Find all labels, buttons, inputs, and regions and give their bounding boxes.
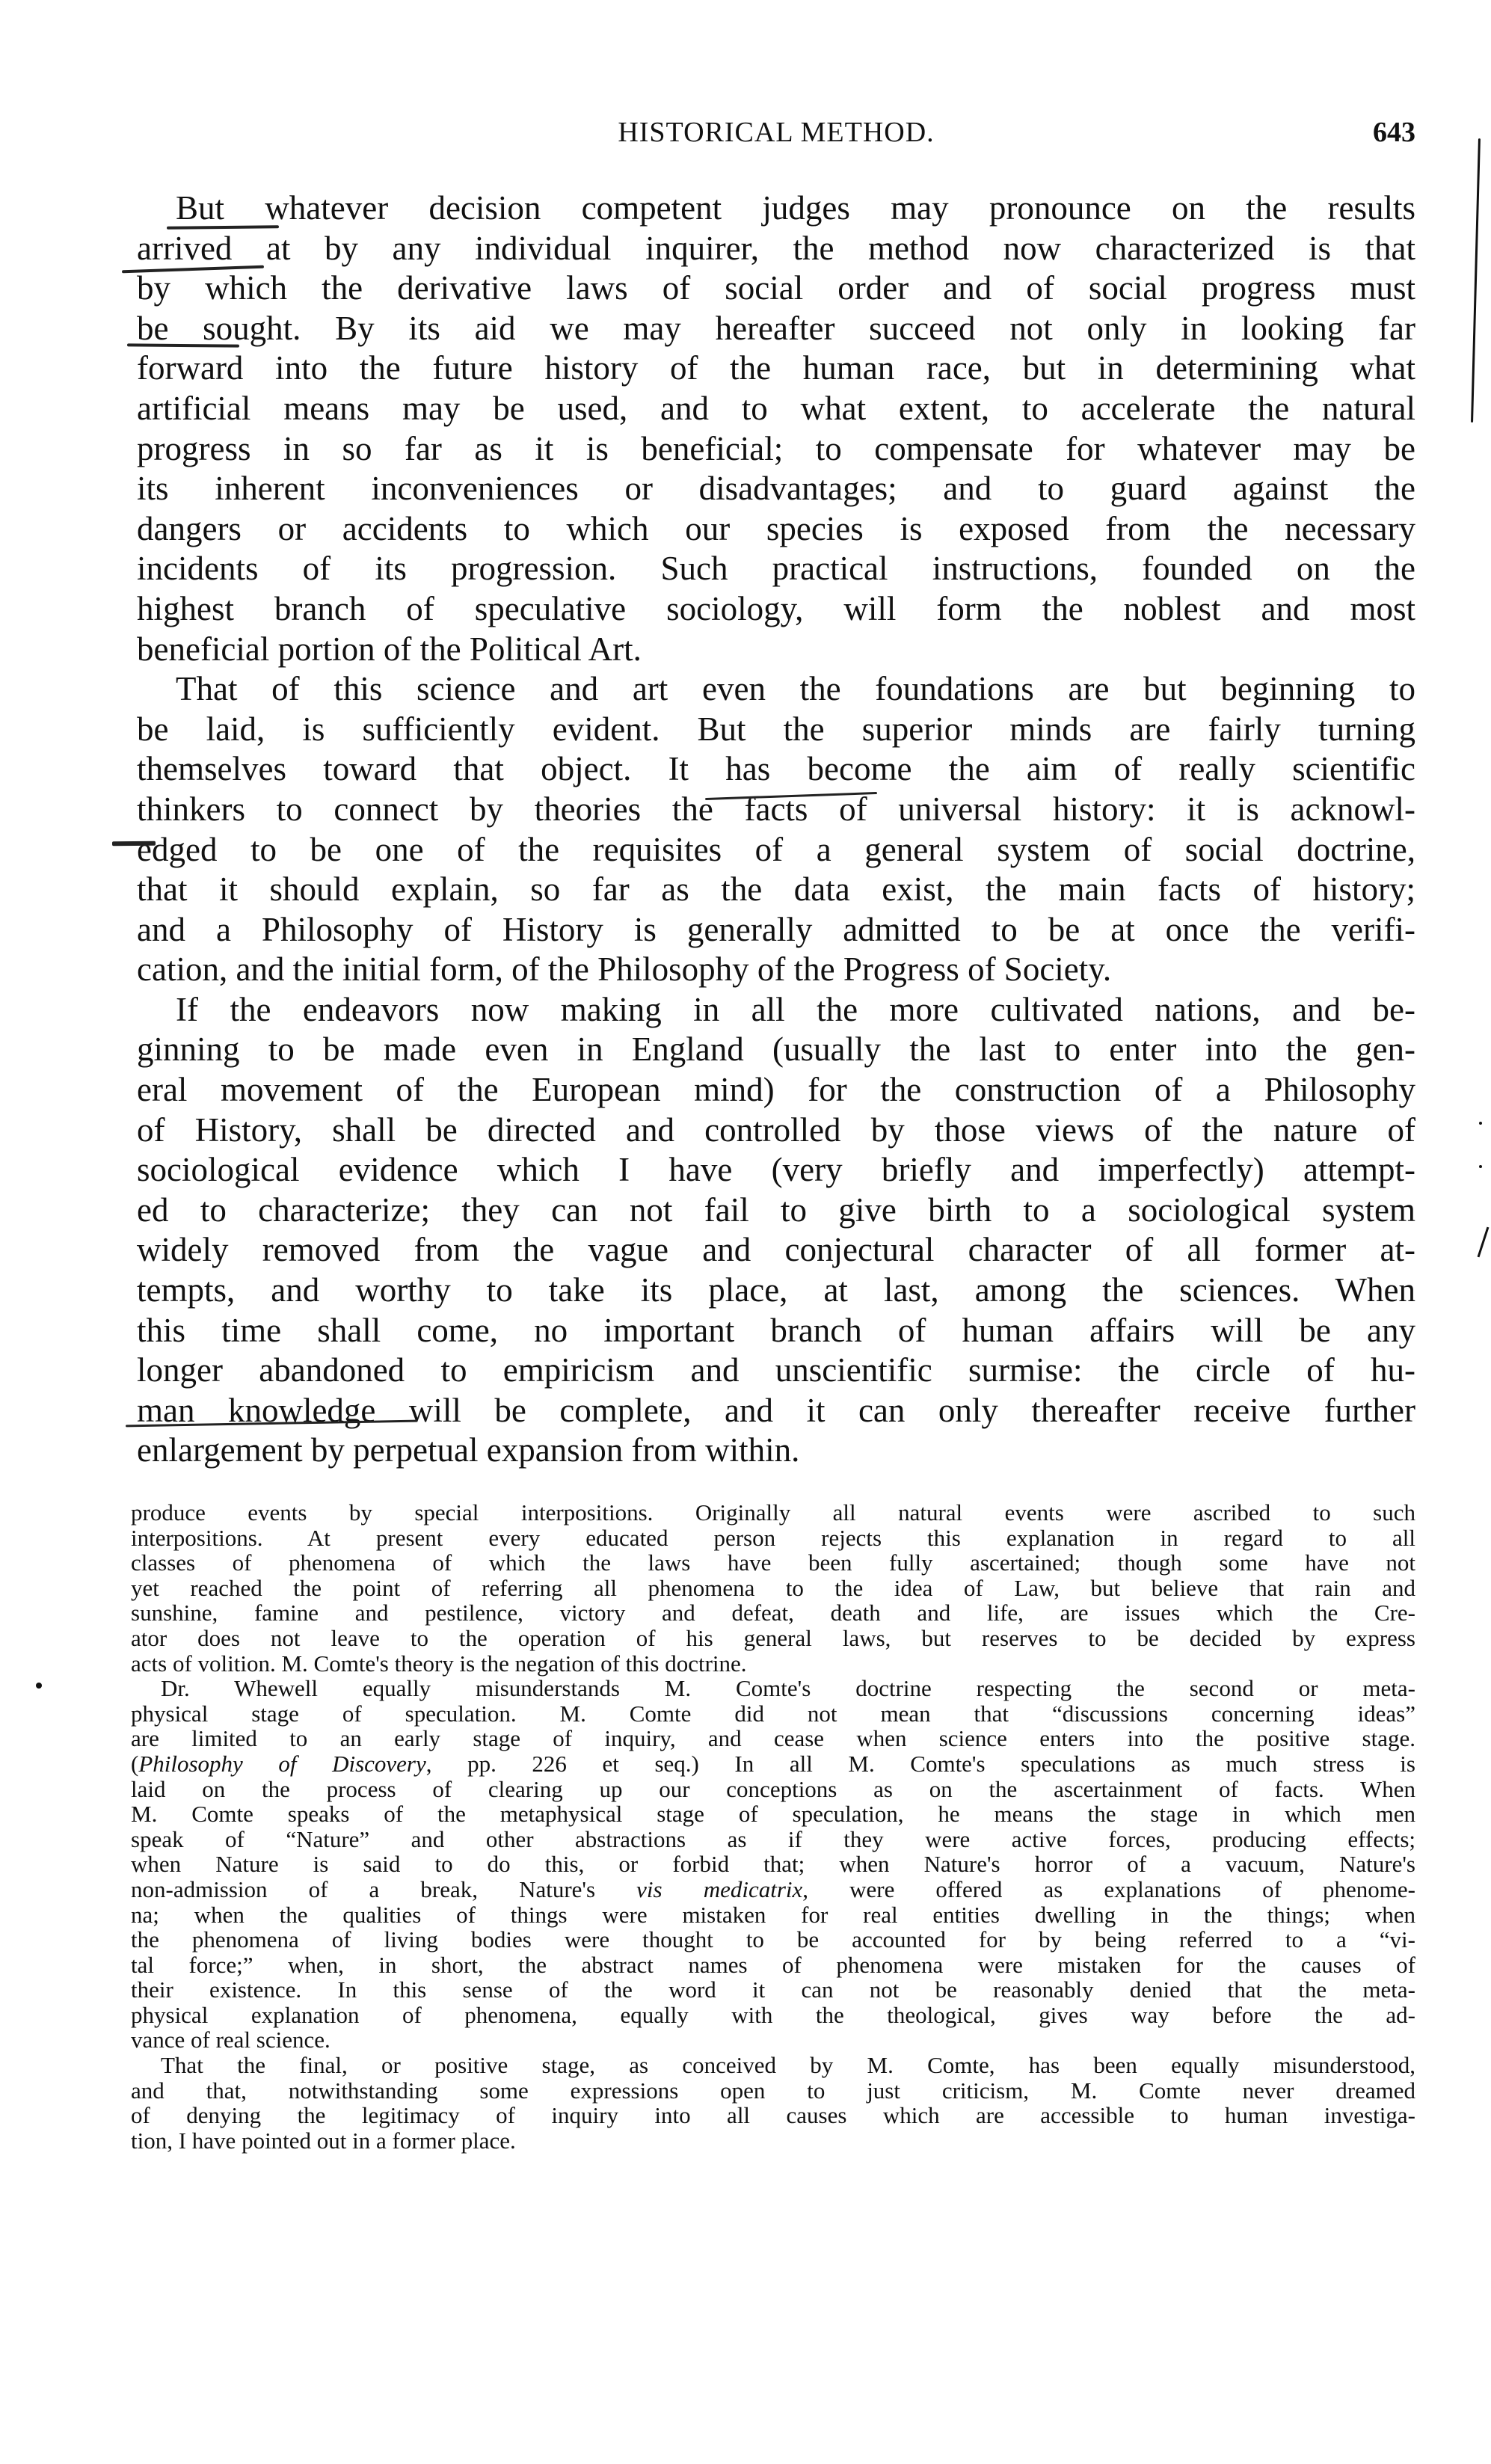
footnote-line: That the final, or positive stage, as co…	[131, 2053, 1415, 2078]
footnote-line: Dr. Whewell equally misunderstands M. Co…	[131, 1676, 1415, 1701]
footnote-line: physical stage of speculation. M. Comte …	[131, 1701, 1415, 1727]
margin-dot	[1479, 1165, 1482, 1168]
footnote-line: are limited to an early stage of inquiry…	[131, 1726, 1415, 1751]
body-line: beneficial portion of the Political Art.	[137, 630, 1415, 670]
body-line: incidents of its progression. Such pract…	[137, 549, 1415, 589]
footnote-line: acts of volition. M. Comte's theory is t…	[131, 1651, 1415, 1677]
main-text: But whatever decision competent judges m…	[137, 188, 1415, 1471]
footnote-line: M. Comte speaks of the metaphysical stag…	[131, 1801, 1415, 1827]
margin-bracket-line	[1471, 138, 1481, 423]
footnote-line: sunshine, famine and pestilence, victory…	[131, 1600, 1415, 1626]
footnote-line: tion, I have pointed out in a former pla…	[131, 2128, 1415, 2154]
body-line: be laid, is sufficiently evident. But th…	[137, 710, 1415, 750]
body-line: dangers or accidents to which our specie…	[137, 509, 1415, 550]
body-line: artificial means may be used, and to wha…	[137, 389, 1415, 429]
footnote-line: of denying the legitimacy of inquiry int…	[131, 2103, 1415, 2128]
body-line: longer abandoned to empiricism and unsci…	[137, 1351, 1415, 1391]
body-line: That of this science and art even the fo…	[137, 669, 1415, 710]
footnote-text: produce events by special interpositions…	[131, 1500, 1415, 2153]
body-line: sociological evidence which I have (very…	[137, 1150, 1415, 1190]
footnote-line: the phenomena of living bodies were thou…	[131, 1927, 1415, 1953]
margin-slash-mark	[1478, 1227, 1490, 1258]
page-number: 643	[1373, 116, 1415, 149]
body-line: arrived at by any individual inquirer, t…	[137, 229, 1415, 269]
footnote-line: tal force;” when, in short, the abstract…	[131, 1953, 1415, 1978]
body-line: this time shall come, no important branc…	[137, 1311, 1415, 1351]
body-line: of History, shall be directed and contro…	[137, 1110, 1415, 1151]
footnote-line: vance of real science.	[131, 2027, 1415, 2053]
body-line: edged to be one of the requisites of a g…	[137, 830, 1415, 870]
footnote-line: interpositions. At present every educate…	[131, 1526, 1415, 1551]
body-line: tempts, and worthy to take its place, at…	[137, 1271, 1415, 1311]
body-line: widely removed from the vague and conjec…	[137, 1230, 1415, 1271]
margin-dot-footnote	[36, 1683, 42, 1689]
body-line: its inherent inconveniences or disadvant…	[137, 469, 1415, 509]
margin-dot	[1479, 1122, 1482, 1125]
body-line: ginning to be made even in England (usua…	[137, 1030, 1415, 1070]
body-line: and a Philosophy of History is generally…	[137, 910, 1415, 950]
footnote-line: na; when the qualities of things were mi…	[131, 1902, 1415, 1928]
footnote-line: non-admission of a break, Nature's vis m…	[131, 1877, 1415, 1902]
footnote-line: ator does not leave to the operation of …	[131, 1626, 1415, 1651]
body-line: If the endeavors now making in all the m…	[137, 990, 1415, 1030]
footnote-line: yet reached the point of referring all p…	[131, 1576, 1415, 1601]
body-line: themselves toward that object. It has be…	[137, 749, 1415, 790]
footnote-line: produce events by special interpositions…	[131, 1500, 1415, 1526]
footnote-line: physical explanation of phenomena, equal…	[131, 2003, 1415, 2028]
footnote-line: and that, notwithstanding some expressio…	[131, 2078, 1415, 2104]
footnote-line: (Philosophy of Discovery, pp. 226 et seq…	[131, 1751, 1415, 1777]
body-line: man knowledge will be complete, and it c…	[137, 1391, 1415, 1431]
body-line: be sought. By its aid we may hereafter s…	[137, 309, 1415, 349]
footnote-line: when Nature is said to do this, or forbi…	[131, 1852, 1415, 1877]
body-line: highest branch of speculative sociology,…	[137, 589, 1415, 630]
footnote-line: speak of “Nature” and other abstractions…	[131, 1827, 1415, 1852]
pen-strike-edged	[112, 841, 156, 847]
footnote-line: laid on the process of clearing up our c…	[131, 1777, 1415, 1802]
body-line: But whatever decision competent judges m…	[137, 188, 1415, 229]
body-line: cation, and the initial form, of the Phi…	[137, 950, 1415, 990]
body-line: eral movement of the European mind) for …	[137, 1070, 1415, 1110]
running-title: HISTORICAL METHOD.	[137, 116, 1415, 149]
book-page: HISTORICAL METHOD. 643 But whatever deci…	[0, 0, 1491, 2464]
running-head: HISTORICAL METHOD. 643	[137, 116, 1415, 153]
body-line: ed to characterize; they can not fail to…	[137, 1190, 1415, 1231]
footnote-line: classes of phenomena of which the laws h…	[131, 1550, 1415, 1576]
footnote-line: their existence. In this sense of the wo…	[131, 1977, 1415, 2003]
body-line: forward into the future history of the h…	[137, 348, 1415, 389]
body-line: enlargement by perpetual expansion from …	[137, 1431, 1415, 1471]
body-line: that it should explain, so far as the da…	[137, 870, 1415, 910]
body-line: progress in so far as it is beneficial; …	[137, 429, 1415, 470]
body-line: by which the derivative laws of social o…	[137, 268, 1415, 309]
